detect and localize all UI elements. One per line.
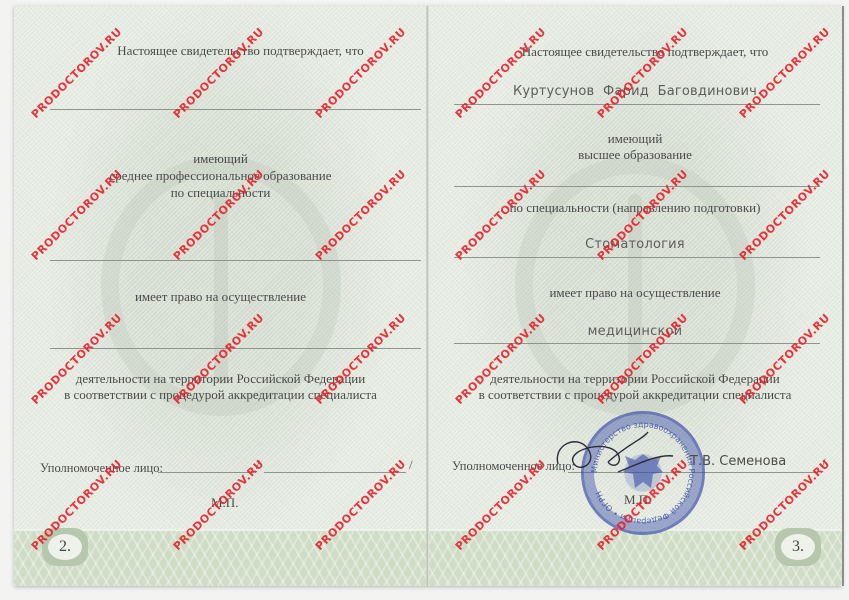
having-text: имеющий	[428, 130, 842, 147]
holder-name-line	[454, 104, 820, 105]
has-right-text: имеет право на осуществление	[14, 288, 427, 305]
certificate-spread: Настоящее свидетельство подтверждает, чт…	[14, 6, 842, 586]
page-number: 3.	[781, 534, 815, 560]
specialty-value: Стоматология	[428, 237, 842, 252]
activity-line-1: деятельности на территории Российской Фе…	[14, 370, 427, 387]
signature-line	[158, 472, 254, 473]
by-specialty-text: по специальности	[14, 184, 427, 201]
activity-line-2: в соответствии с процедурой аккредитации…	[14, 386, 427, 403]
specialty-line	[454, 257, 820, 258]
handwritten-signature	[548, 424, 678, 484]
slash-2: /	[409, 457, 413, 473]
education-text: среднее профессиональное образование	[14, 167, 427, 184]
activity-type-value: медицинской	[428, 324, 842, 339]
having-text: имеющий	[14, 150, 427, 167]
education-text: высшее образование	[428, 146, 842, 163]
certifies-text: Настоящее свидетельство подтверждает, чт…	[14, 42, 427, 59]
certifies-text: Настоящее свидетельство подтверждает, чт…	[428, 43, 842, 60]
activity-line-2: в соответствии с процедурой аккредитации…	[428, 386, 842, 403]
holder-name-line	[50, 109, 421, 110]
specialty-line	[50, 260, 421, 261]
spine-fold	[426, 6, 429, 586]
has-right-text: имеет право на осуществление	[428, 284, 842, 301]
signer-name: Т.В. Семенова	[690, 454, 786, 469]
page-number-badge: 3.	[775, 528, 821, 566]
education-line	[454, 186, 820, 187]
